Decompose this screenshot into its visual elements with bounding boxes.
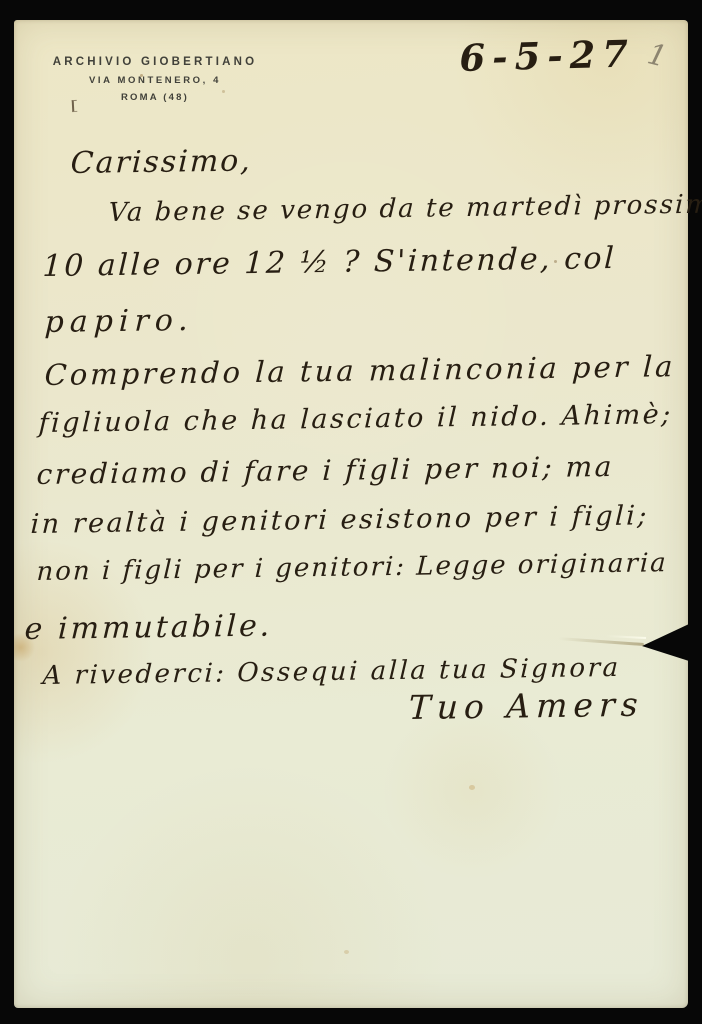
letter-line-3: 10 alle ore 12 ½ ? S'intende, col bbox=[42, 241, 617, 284]
letterhead-street-address: VIA MONTENERO, 4 bbox=[44, 75, 266, 86]
letter-line-7: crediamo di fare i figli per noi; ma bbox=[36, 450, 615, 491]
letter-line-4: papiro. bbox=[44, 303, 195, 340]
pencil-page-number: 1 bbox=[644, 36, 670, 73]
letter-line-9: non i figli per i genitori: Legge origin… bbox=[36, 548, 668, 587]
photo-frame: ARCHIVIO GIOBERTIANO VIA MONTENERO, 4 RO… bbox=[0, 0, 702, 1024]
tear-crease bbox=[558, 637, 644, 646]
letter-line-2: Va bene se vengo da te martedì prossimo bbox=[108, 189, 702, 228]
tear-highlight bbox=[606, 635, 646, 639]
letter-line-8: in realtà i genitori esistono per i figl… bbox=[30, 500, 650, 540]
letterhead: ARCHIVIO GIOBERTIANO VIA MONTENERO, 4 RO… bbox=[44, 56, 266, 103]
ink-smudge bbox=[72, 100, 78, 112]
letter-signature: Tuo Amers bbox=[408, 685, 644, 727]
letter-sheet: ARCHIVIO GIOBERTIANO VIA MONTENERO, 4 RO… bbox=[14, 20, 688, 1008]
letter-line-salutation: Carissimo, bbox=[70, 143, 253, 181]
foxing-spot bbox=[140, 74, 143, 77]
handwritten-date: 6-5-27 bbox=[459, 31, 636, 80]
letterhead-city: ROMA (48) bbox=[44, 92, 266, 103]
foxing-spot bbox=[554, 260, 557, 263]
torn-edge-notch bbox=[642, 624, 689, 661]
foxing-spot bbox=[222, 90, 225, 93]
letter-line-6: figliuola che ha lasciato il nido. Ahimè… bbox=[38, 399, 673, 439]
foxing-spot bbox=[344, 950, 349, 954]
letterhead-archive-name: ARCHIVIO GIOBERTIANO bbox=[44, 56, 266, 68]
foxing-spot bbox=[469, 785, 475, 790]
letter-line-10: e immutabile. bbox=[24, 609, 273, 647]
letter-line-5: Comprendo la tua malinconia per la bbox=[44, 349, 676, 392]
